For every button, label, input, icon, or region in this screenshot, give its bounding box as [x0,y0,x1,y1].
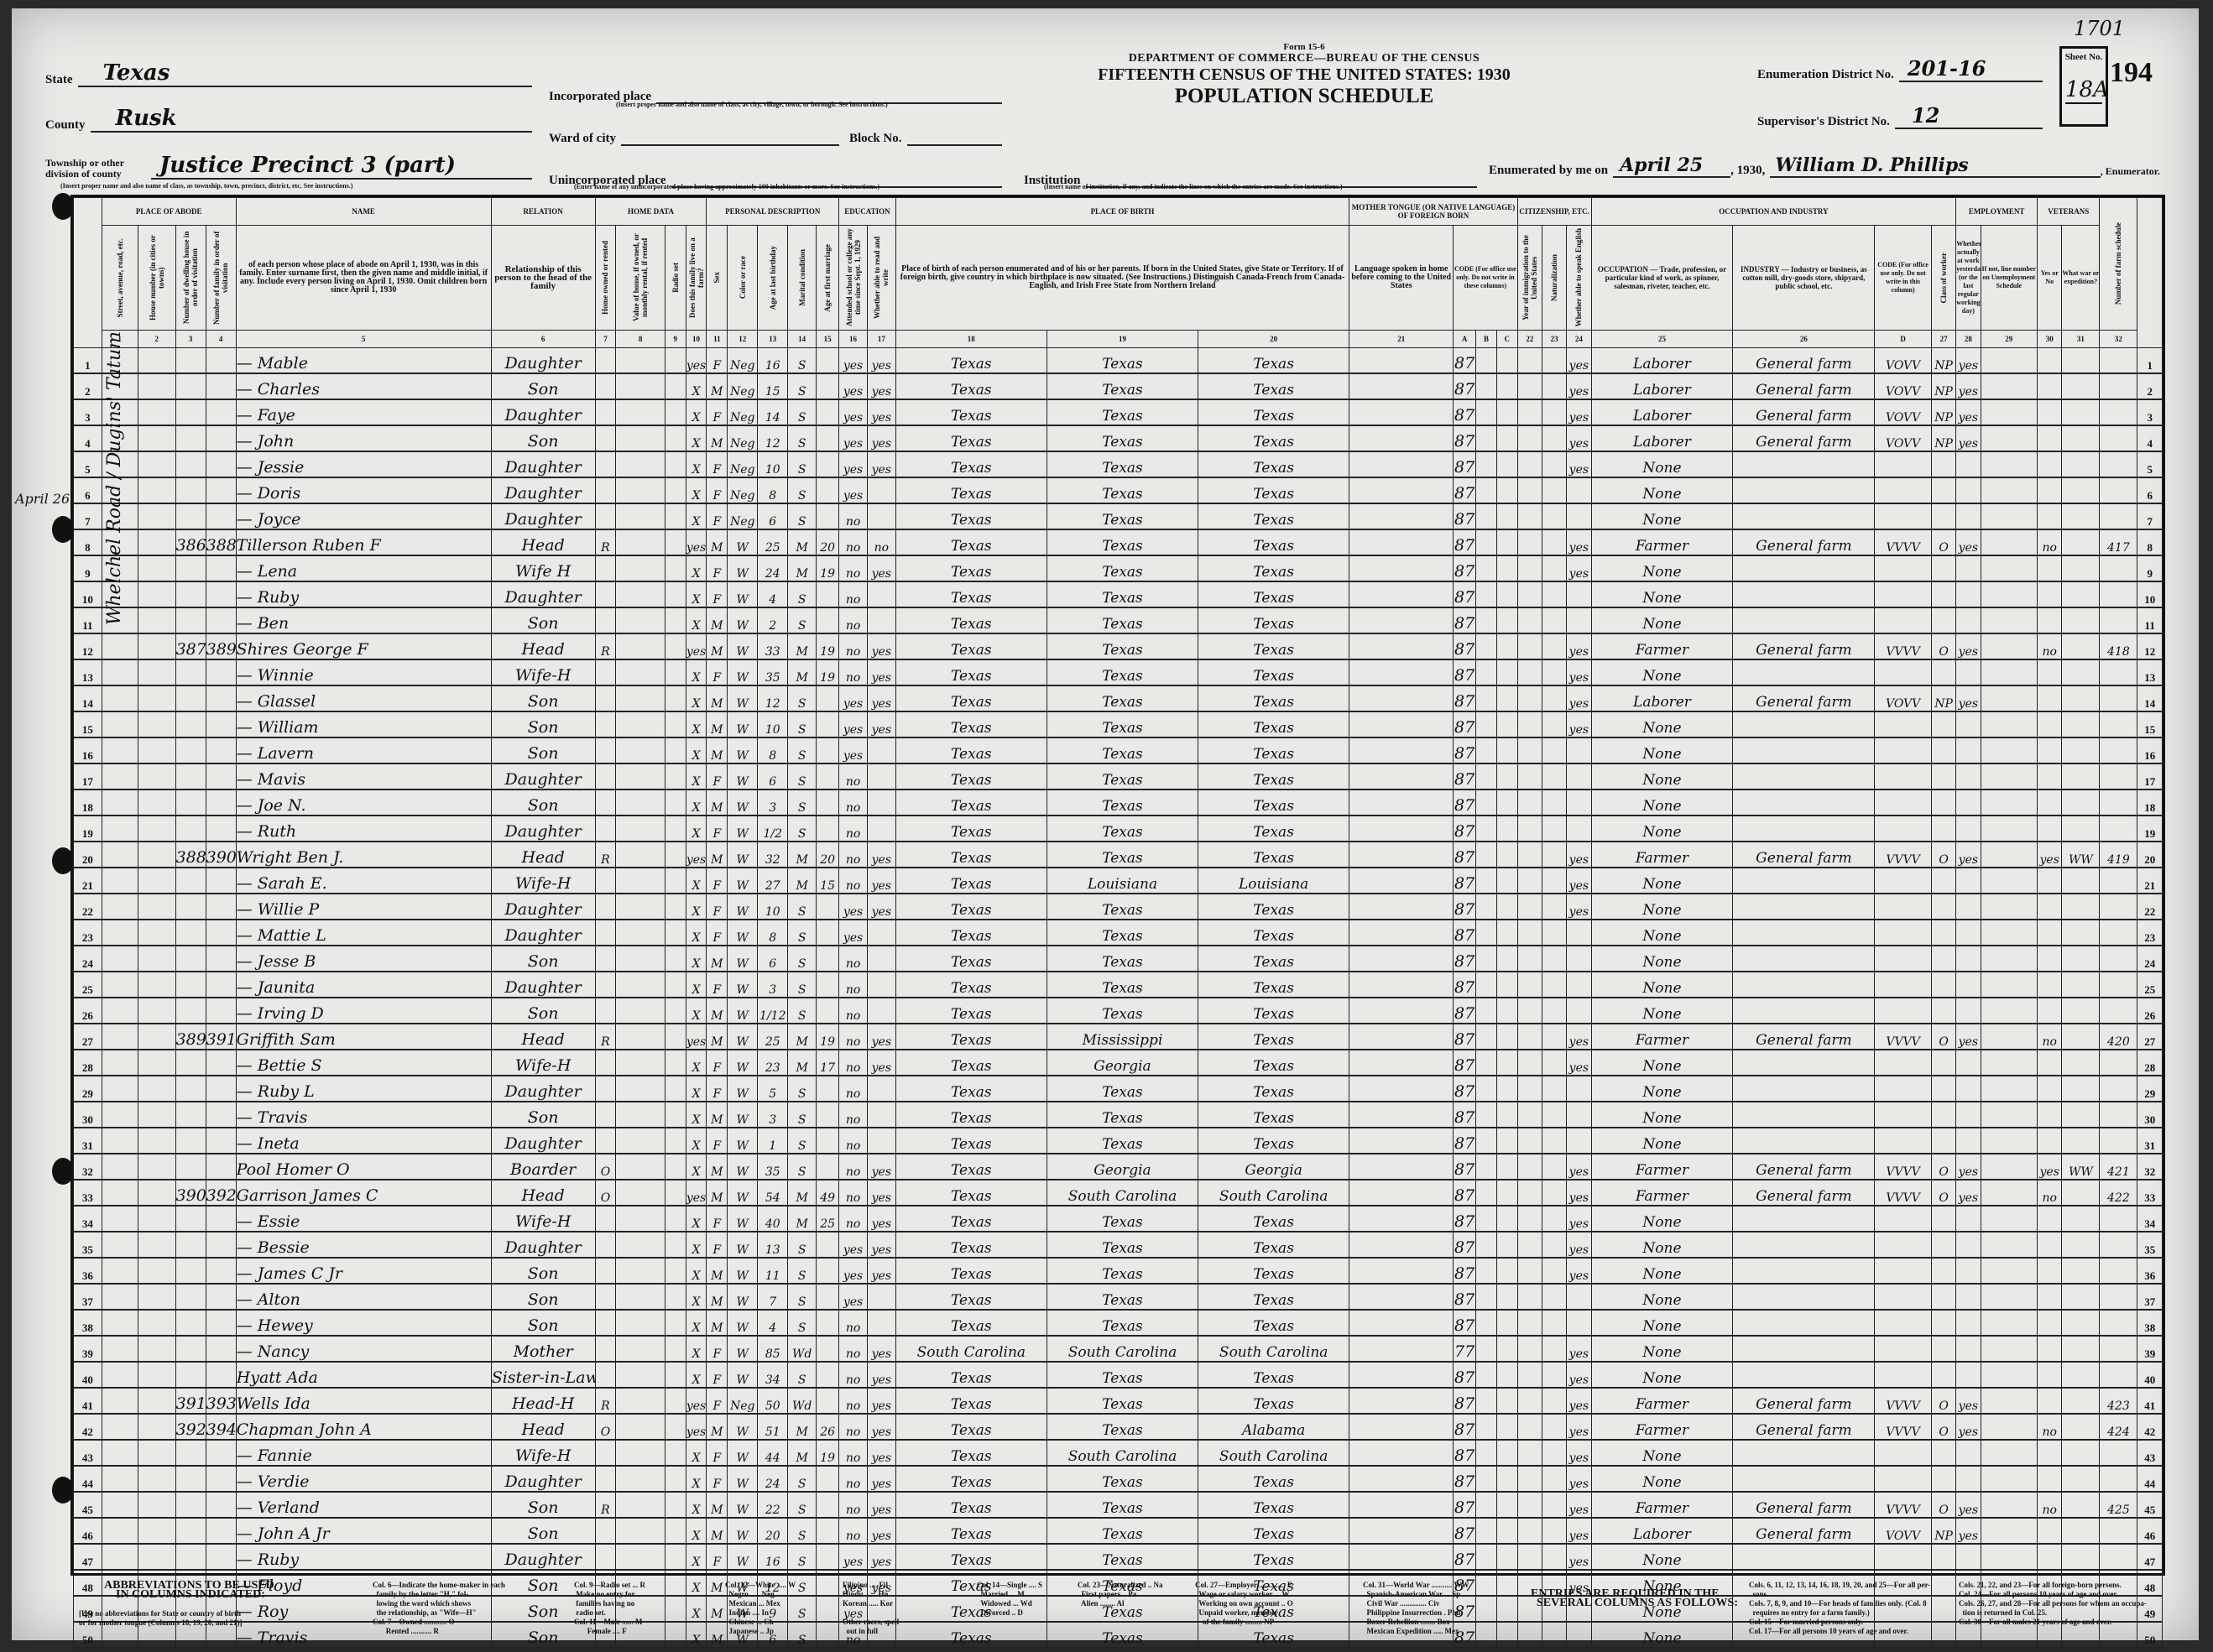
cell-class [1931,1440,1955,1466]
cell-bp-mother: South Carolina [1198,1336,1349,1362]
cell-nat [1542,685,1566,711]
cell-school: no [839,607,868,633]
cell-code-a: 87 [1454,920,1476,946]
cell-code-b [1476,1492,1497,1518]
cell-vet [2038,399,2062,425]
cell-vet: no [2038,1492,2062,1518]
cell-family [206,816,236,842]
cell-code-d [1875,659,1932,685]
cell-house [138,1492,175,1518]
table-row: 42392394Chapman John AHeadOyesMW51M26noy… [74,1414,2163,1440]
cell-race: W [728,1050,758,1076]
cell-at-work [1956,1102,1981,1128]
cell-school: no [839,1388,868,1414]
cell-age: 7 [758,1284,788,1310]
cell-industry: General farm [1733,685,1875,711]
cell-house [138,399,175,425]
cell-code-d [1875,1336,1932,1362]
cell-code-d: VOVV [1875,399,1932,425]
cell-bp-father: Georgia [1046,1154,1198,1180]
cell-family: 390 [206,842,236,868]
cell-bp-mother: Texas [1198,737,1349,763]
cell-class [1931,946,1955,972]
cell-nat [1542,763,1566,790]
cell-vet [2038,1102,2062,1128]
cell-relation: Head-H [491,1388,595,1414]
cell-industry [1733,998,1875,1024]
cell-at-work [1956,1206,1981,1232]
header-immigration-year: Year of immigration to the United States [1517,226,1542,331]
cell-nat [1542,894,1566,920]
cell-occupation: Laborer [1591,373,1733,399]
cell-line: 15 [74,711,102,737]
cell-house [138,1518,175,1544]
cell-farm-no [2100,1362,2137,1388]
cell-age: 1/12 [758,998,788,1024]
cell-nat [1542,1076,1566,1102]
cell-line: 34 [74,1206,102,1232]
cell-name: Griffith Sam [236,1024,491,1050]
cell-class [1931,1232,1955,1258]
cell-name: — Charles [236,373,491,399]
cell-family [206,1128,236,1154]
cell-industry: General farm [1733,1024,1875,1050]
cell-read: yes [867,1518,895,1544]
cell-age-marr [817,737,839,763]
column-number: 3 [175,331,206,348]
cell-bp-person: Texas [895,763,1046,790]
cell-value [616,972,665,998]
cell-code-c [1496,1154,1517,1180]
cell-tenure [595,399,616,425]
cell-dwelling [175,1102,206,1128]
cell-lang [1349,998,1454,1024]
table-row: 14— GlasselSonXMW12SyesyesTexasTexasTexa… [74,685,2163,711]
cell-sex: M [707,633,728,659]
cell-name: — Sarah E. [236,868,491,894]
cell-bp-mother: Texas [1198,972,1349,998]
column-number: 29 [1981,331,2038,348]
cell-value [616,1076,665,1102]
cell-code-d [1875,1284,1932,1310]
cell-vet: no [2038,1024,2062,1050]
cell-bp-mother: Texas [1198,1232,1349,1258]
column-number: C [1496,331,1517,348]
cell-lang [1349,659,1454,685]
cell-bp-mother: Texas [1198,1258,1349,1284]
cell-relation: Daughter [491,816,595,842]
cell-farm: X [686,711,707,737]
cell-house [138,1102,175,1128]
cell-bp-person: Texas [895,1440,1046,1466]
cell-race: W [728,1102,758,1128]
cell-nat [1542,1544,1566,1570]
cell-code-d: VOVV [1875,1518,1932,1544]
cell-family [206,1050,236,1076]
column-number: 13 [758,331,788,348]
cell-vet [2038,581,2062,607]
cell-read [867,946,895,972]
cell-bp-person: Texas [895,503,1046,529]
cell-dwelling [175,894,206,920]
cell-code-b [1476,555,1497,581]
cell-marital: M [788,529,817,555]
cell-family [206,399,236,425]
cell-industry [1733,1206,1875,1232]
cell-code-d [1875,1362,1932,1388]
cell-vet [2038,920,2062,946]
cell-line: 31 [74,1128,102,1154]
table-row: 8386388Tillerson Ruben FHeadRyesMW25M20n… [74,529,2163,555]
cell-sex: F [707,348,728,374]
cell-english: yes [1567,1180,1591,1206]
cell-nat [1542,1206,1566,1232]
cell-english [1567,790,1591,816]
cell-class [1931,1336,1955,1362]
cell-line: 41 [2137,1388,2163,1414]
cell-race: W [728,1336,758,1362]
cell-lang [1349,1154,1454,1180]
cell-line: 24 [2137,946,2163,972]
cell-relation: Wife-H [491,1050,595,1076]
cell-radio [665,1492,686,1518]
cell-farm-no: 418 [2100,633,2137,659]
cell-value [616,1180,665,1206]
column-number: 23 [1542,331,1566,348]
cell-farm: X [686,1518,707,1544]
cell-family [206,1440,236,1466]
cell-line: 45 [2137,1492,2163,1518]
cell-family [206,1336,236,1362]
cell-tenure [595,1128,616,1154]
cell-age: 6 [758,946,788,972]
cell-house [138,894,175,920]
cell-house [138,477,175,503]
cell-read: yes [867,1440,895,1466]
cell-line: 18 [74,790,102,816]
cell-sex: F [707,972,728,998]
header-home-data: HOME DATA [595,198,707,226]
cell-age: 5 [758,1076,788,1102]
cell-line: 37 [2137,1284,2163,1310]
column-number: 22 [1517,331,1542,348]
cell-imm [1517,894,1542,920]
cell-school: yes [839,477,868,503]
cell-code-c [1496,763,1517,790]
cell-occupation: None [1591,1544,1733,1570]
cell-house [138,1284,175,1310]
cell-english [1567,1284,1591,1310]
cell-bp-mother: Texas [1198,711,1349,737]
cell-tenure: R [595,1024,616,1050]
cell-occupation: None [1591,1102,1733,1128]
cell-name: — Lavern [236,737,491,763]
cell-age-marr [817,763,839,790]
cell-read [867,790,895,816]
cell-farm-no [2100,1050,2137,1076]
cell-imm [1517,1492,1542,1518]
cell-nat [1542,1492,1566,1518]
cell-code-a: 87 [1454,1362,1476,1388]
cell-school: no [839,842,868,868]
cell-at-work [1956,868,1981,894]
cell-code-b [1476,790,1497,816]
cell-code-c [1496,1180,1517,1206]
cell-dwelling [175,1258,206,1284]
cell-line: 44 [74,1466,102,1492]
abbrev-col23: Col. 23—Naturalized .. Na First papers .… [1078,1581,1163,1608]
cell-line: 11 [74,607,102,633]
cell-at-work: yes [1956,1154,1981,1180]
cell-relation: Wife H [491,555,595,581]
cell-code-d: VVVV [1875,842,1932,868]
cell-tenure [595,1102,616,1128]
cell-school: no [839,790,868,816]
cell-line: 11 [2137,607,2163,633]
cell-name: — Essie [236,1206,491,1232]
cell-age: 22 [758,1492,788,1518]
cell-race: W [728,1518,758,1544]
cell-at-work [1956,737,1981,763]
cell-sex: M [707,946,728,972]
cell-code-b [1476,1310,1497,1336]
cell-code-c [1496,1466,1517,1492]
cell-relation: Daughter [491,1128,595,1154]
county-field: County Rusk [45,111,532,133]
cell-value [616,477,665,503]
cell-sex: F [707,763,728,790]
header-relation-note: Relationship of this person to the head … [491,226,595,331]
cell-unemp [1981,1128,2038,1154]
cell-vet [2038,1050,2062,1076]
cell-bp-father: Texas [1046,607,1198,633]
cell-age: 10 [758,451,788,477]
cell-tenure [595,790,616,816]
cell-value [616,1440,665,1466]
cell-sex: M [707,1518,728,1544]
cell-lang [1349,503,1454,529]
cell-family [206,1154,236,1180]
cell-marital: M [788,1180,817,1206]
cell-farm-no: 417 [2100,529,2137,555]
cell-tenure: O [595,1180,616,1206]
cell-unemp [1981,477,2038,503]
cell-bp-father: Texas [1046,920,1198,946]
header-farm: Does this family live on a farm? [686,226,707,331]
cell-relation: Head [491,529,595,555]
cell-race: W [728,685,758,711]
cell-tenure [595,1440,616,1466]
cell-lang [1349,816,1454,842]
cell-code-b [1476,503,1497,529]
cell-value [616,920,665,946]
cell-tenure [595,1518,616,1544]
cell-family [206,711,236,737]
cell-code-d [1875,868,1932,894]
cell-street [102,1076,138,1102]
cell-relation: Son [491,711,595,737]
cell-code-a: 87 [1454,1232,1476,1258]
cell-occupation: None [1591,1336,1733,1362]
cell-code-b [1476,451,1497,477]
cell-bp-father: Texas [1046,1518,1198,1544]
cell-code-b [1476,373,1497,399]
cell-vet [2038,1232,2062,1258]
cell-tenure: R [595,842,616,868]
cell-sex: M [707,685,728,711]
cell-age-marr [817,1544,839,1570]
cell-class [1931,1362,1955,1388]
cell-house [138,1544,175,1570]
cell-name: — Bettie S [236,1050,491,1076]
cell-tenure [595,894,616,920]
cell-bp-mother: Texas [1198,1024,1349,1050]
cell-radio [665,1050,686,1076]
cell-vet [2038,555,2062,581]
column-number: B [1476,331,1497,348]
cell-radio [665,555,686,581]
cell-family [206,998,236,1024]
cell-industry [1733,737,1875,763]
cell-race: W [728,1232,758,1258]
cell-family [206,1232,236,1258]
cell-english [1567,1102,1591,1128]
cell-farm-no [2100,763,2137,790]
cell-lang [1349,633,1454,659]
cell-school: no [839,998,868,1024]
cell-industry: General farm [1733,1388,1875,1414]
cell-at-work: yes [1956,1388,1981,1414]
column-number: 11 [707,331,728,348]
cell-imm [1517,737,1542,763]
cell-line: 26 [74,998,102,1024]
cell-code-d [1875,1544,1932,1570]
table-row: 10— RubyDaughterXFW4SnoTexasTexasTexas87… [74,581,2163,607]
cell-value [616,711,665,737]
cell-school: no [839,763,868,790]
cell-family: 394 [206,1414,236,1440]
population-table: PLACE OF ABODE NAME RELATION HOME DATA P… [70,195,2165,1576]
cell-bp-father: Texas [1046,972,1198,998]
cell-at-work: yes [1956,685,1981,711]
cell-line: 8 [74,529,102,555]
cell-unemp [1981,1232,2038,1258]
cell-name: Wells Ida [236,1388,491,1414]
cell-farm: X [686,659,707,685]
cell-code-a: 87 [1454,1466,1476,1492]
cell-farm: X [686,373,707,399]
cell-dwelling [175,737,206,763]
cell-code-b [1476,1102,1497,1128]
cell-family [206,1544,236,1570]
block-label: Block No. [849,132,902,146]
cell-code-d [1875,503,1932,529]
cell-code-b [1476,685,1497,711]
cell-occupation: None [1591,503,1733,529]
cell-english: yes [1567,1024,1591,1050]
supervisor-value: 12 [1912,103,1939,128]
cell-code-c [1496,920,1517,946]
table-row: 5— JessieDaughterXFNeg10SyesyesTexasTexa… [74,451,2163,477]
cell-farm: X [686,790,707,816]
cell-imm [1517,425,1542,451]
cell-sex: M [707,1284,728,1310]
cell-nat [1542,633,1566,659]
cell-war: WW [2062,1154,2100,1180]
cell-class [1931,503,1955,529]
cell-code-c [1496,1310,1517,1336]
cell-sex: F [707,1076,728,1102]
cell-class: O [1931,1024,1955,1050]
cell-industry [1733,1128,1875,1154]
cell-house [138,581,175,607]
cell-war [2062,1180,2100,1206]
cell-read: yes [867,1180,895,1206]
cell-nat [1542,1284,1566,1310]
cell-age-marr [817,1310,839,1336]
cell-class [1931,1284,1955,1310]
cell-imm [1517,1336,1542,1362]
cell-english [1567,920,1591,946]
cell-bp-father: Texas [1046,581,1198,607]
cell-nat [1542,348,1566,374]
cell-line: 43 [74,1440,102,1466]
cell-farm-no [2100,1128,2137,1154]
table-row: 31— InetaDaughterXFW1SnoTexasTexasTexas8… [74,1128,2163,1154]
cell-war [2062,946,2100,972]
cell-farm: X [686,816,707,842]
cell-imm [1517,920,1542,946]
cell-farm-no [2100,1310,2137,1336]
cell-english: yes [1567,451,1591,477]
cell-bp-father: Louisiana [1046,868,1198,894]
cell-farm: X [686,1050,707,1076]
cell-imm [1517,1180,1542,1206]
line-number-header [74,198,102,348]
header-home-value: Value of home, if owned, or monthly rent… [616,226,665,331]
cell-school: no [839,868,868,894]
cell-code-c [1496,607,1517,633]
cell-vet: no [2038,633,2062,659]
cell-street [102,763,138,790]
cell-family [206,920,236,946]
cell-english [1567,477,1591,503]
cell-house [138,1310,175,1336]
cell-line: 21 [74,868,102,894]
cell-house [138,685,175,711]
cell-age-marr [817,685,839,711]
cell-occupation: None [1591,868,1733,894]
cell-code-b [1476,1076,1497,1102]
cell-code-b [1476,920,1497,946]
cell-relation: Sister-in-Law [491,1362,595,1388]
cell-line: 29 [74,1076,102,1102]
cell-vet [2038,711,2062,737]
cell-school: no [839,972,868,998]
cell-nat [1542,659,1566,685]
cell-lang [1349,1206,1454,1232]
cell-age: 2 [758,607,788,633]
cell-at-work [1956,972,1981,998]
cell-nat [1542,1050,1566,1076]
cell-imm [1517,1154,1542,1180]
cell-farm-no [2100,790,2137,816]
cell-dwelling [175,373,206,399]
cell-code-c [1496,348,1517,374]
cell-radio [665,1232,686,1258]
cell-radio [665,1206,686,1232]
cell-value [616,555,665,581]
